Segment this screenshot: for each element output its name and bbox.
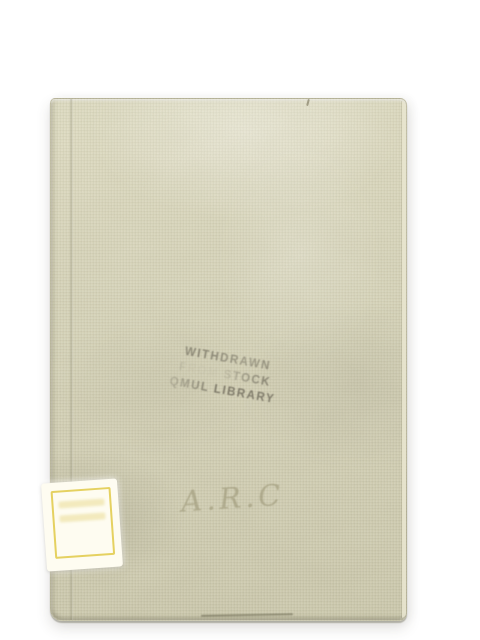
sticker-faded-text-line [59,512,105,522]
library-sticker [41,478,123,571]
handwritten-initials: A.R.C [180,477,286,518]
sticker-yellow-border [51,487,116,559]
withdrawn-library-stamp: WITHDRAWN FROM STOCK QMUL LIBRARY [152,339,298,411]
book-cover: WITHDRAWN FROM STOCK QMUL LIBRARY A.R.C [50,98,407,621]
top-edge-speck [306,99,310,106]
photo-background: WITHDRAWN FROM STOCK QMUL LIBRARY A.R.C [0,0,480,640]
page-fore-edge [401,101,406,618]
bottom-edge-mark [201,613,293,617]
sticker-faded-text-line [58,498,104,508]
